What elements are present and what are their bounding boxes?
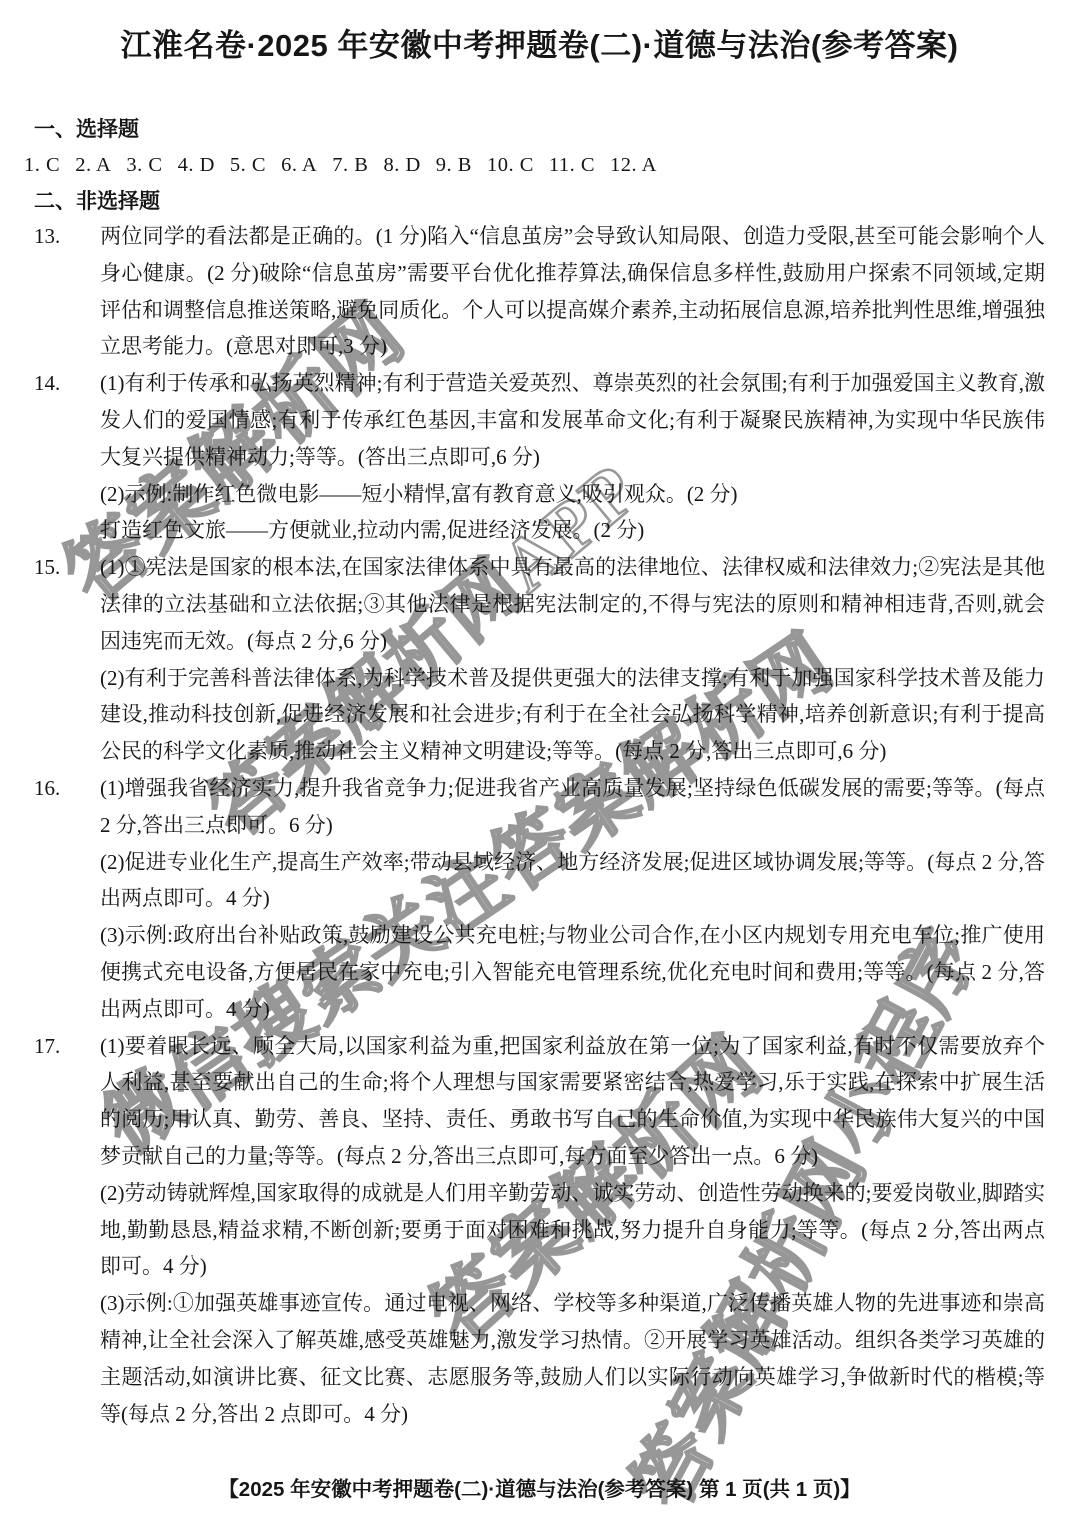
question-number: 17. [34,1028,100,1065]
question-paragraph: (3)示例:①加强英雄事迹宣传。通过电视、网络、学校等多种渠道,广泛传播英雄人物… [100,1285,1045,1432]
choice-answer-item: 7. B [332,153,368,177]
choice-answers-row: 1. C2. A3. C4. D5. C6. A7. B8. D9. B10. … [24,153,1079,177]
question-paragraph: (2)有利于完善科普法律体系,为科学技术普及提供更强大的法律支撑;有利于加强国家… [100,660,1045,770]
section-heading-non-choice: 二、非选择题 [34,190,1045,214]
answer-text: (1)①宪法是国家的根本法,在国家法律体系中具有最高的法律地位、法律权威和法律效… [100,555,1045,653]
question-paragraph: 17.(1)要着眼长远、顾全大局,以国家利益为重,把国家利益放在第一位;为了国家… [34,1028,1045,1175]
question-paragraph: 13.两位同学的看法都是正确的。(1 分)陷入“信息茧房”会导致认知局限、创造力… [34,218,1045,365]
question-number: 14. [34,365,100,402]
question-paragraph: (3)示例:政府出台补贴政策,鼓励建设公共充电桩;与物业公司合作,在小区内规划专… [100,917,1045,1027]
section-heading-choice: 一、选择题 [34,118,1045,142]
answer-text: (1)增强我省经济实力,提升我省竞争力;促进我省产业高质量发展;坚持绿色低碳发展… [100,776,1045,837]
choice-answer-item: 2. A [75,153,111,177]
question-13: 13.两位同学的看法都是正确的。(1 分)陷入“信息茧房”会导致认知局限、创造力… [34,218,1045,365]
question-paragraph: 16.(1)增强我省经济实力,提升我省竞争力;促进我省产业高质量发展;坚持绿色低… [34,770,1045,844]
choice-answer-item: 4. D [178,153,215,177]
page-title: 江淮名卷·2025 年安徽中考押题卷(二)·道德与法治(参考答案) [0,0,1079,66]
choice-answer-item: 5. C [230,153,266,177]
question-15: 15.(1)①宪法是国家的根本法,在国家法律体系中具有最高的法律地位、法律权威和… [34,549,1045,770]
question-number: 13. [34,218,100,255]
question-16: 16.(1)增强我省经济实力,提升我省竞争力;促进我省产业高质量发展;坚持绿色低… [34,770,1045,1028]
question-17: 17.(1)要着眼长远、顾全大局,以国家利益为重,把国家利益放在第一位;为了国家… [34,1028,1045,1433]
choice-answer-item: 11. C [549,153,595,177]
question-paragraph: 15.(1)①宪法是国家的根本法,在国家法律体系中具有最高的法律地位、法律权威和… [34,549,1045,659]
page-footer: 【2025 年安徽中考押题卷(二)·道德与法治(参考答案) 第 1 页(共 1 … [0,1477,1079,1503]
choice-answer-item: 6. A [281,153,317,177]
choice-answer-item: 12. A [610,153,657,177]
answer-text: (1)有利于传承和弘扬英烈精神;有利于营造关爱英烈、尊崇英烈的社会氛围;有利于加… [100,371,1045,469]
question-paragraph: 14.(1)有利于传承和弘扬英烈精神;有利于营造关爱英烈、尊崇英烈的社会氛围;有… [34,365,1045,475]
choice-answer-item: 10. C [487,153,534,177]
answer-text: (1)要着眼长远、顾全大局,以国家利益为重,把国家利益放在第一位;为了国家利益,… [100,1034,1045,1168]
question-paragraph: (2)促进专业化生产,提高生产效率;带动县域经济、地方经济发展;促进区域协调发展… [100,844,1045,918]
question-paragraph: 打造红色文旅——方便就业,拉动内需,促进经济发展。(2 分) [100,512,1045,549]
answer-text: 两位同学的看法都是正确的。(1 分)陷入“信息茧房”会导致认知局限、创造力受限,… [100,224,1045,358]
question-number: 16. [34,770,100,807]
choice-answer-item: 9. B [436,153,472,177]
question-number: 15. [34,549,100,586]
question-paragraph: (2)示例:制作红色微电影——短小精悍,富有教育意义,吸引观众。(2 分) [100,476,1045,513]
question-paragraph: (2)劳动铸就辉煌,国家取得的成就是人们用辛勤劳动、诚实劳动、创造性劳动换来的;… [100,1175,1045,1285]
questions-list: 13.两位同学的看法都是正确的。(1 分)陷入“信息茧房”会导致认知局限、创造力… [34,218,1045,1432]
choice-answer-item: 3. C [126,153,162,177]
answer-key-page: 答案解析网答案解析网APP微信搜索关注答案解析网答案解析网答案解析网小程序 江淮… [0,0,1079,1530]
choice-answer-item: 8. D [383,153,420,177]
question-14: 14.(1)有利于传承和弘扬英烈精神;有利于营造关爱英烈、尊崇英烈的社会氛围;有… [34,365,1045,549]
choice-answer-item: 1. C [24,153,60,177]
page-content: 江淮名卷·2025 年安徽中考押题卷(二)·道德与法治(参考答案) 一、选择题 … [0,0,1079,1530]
